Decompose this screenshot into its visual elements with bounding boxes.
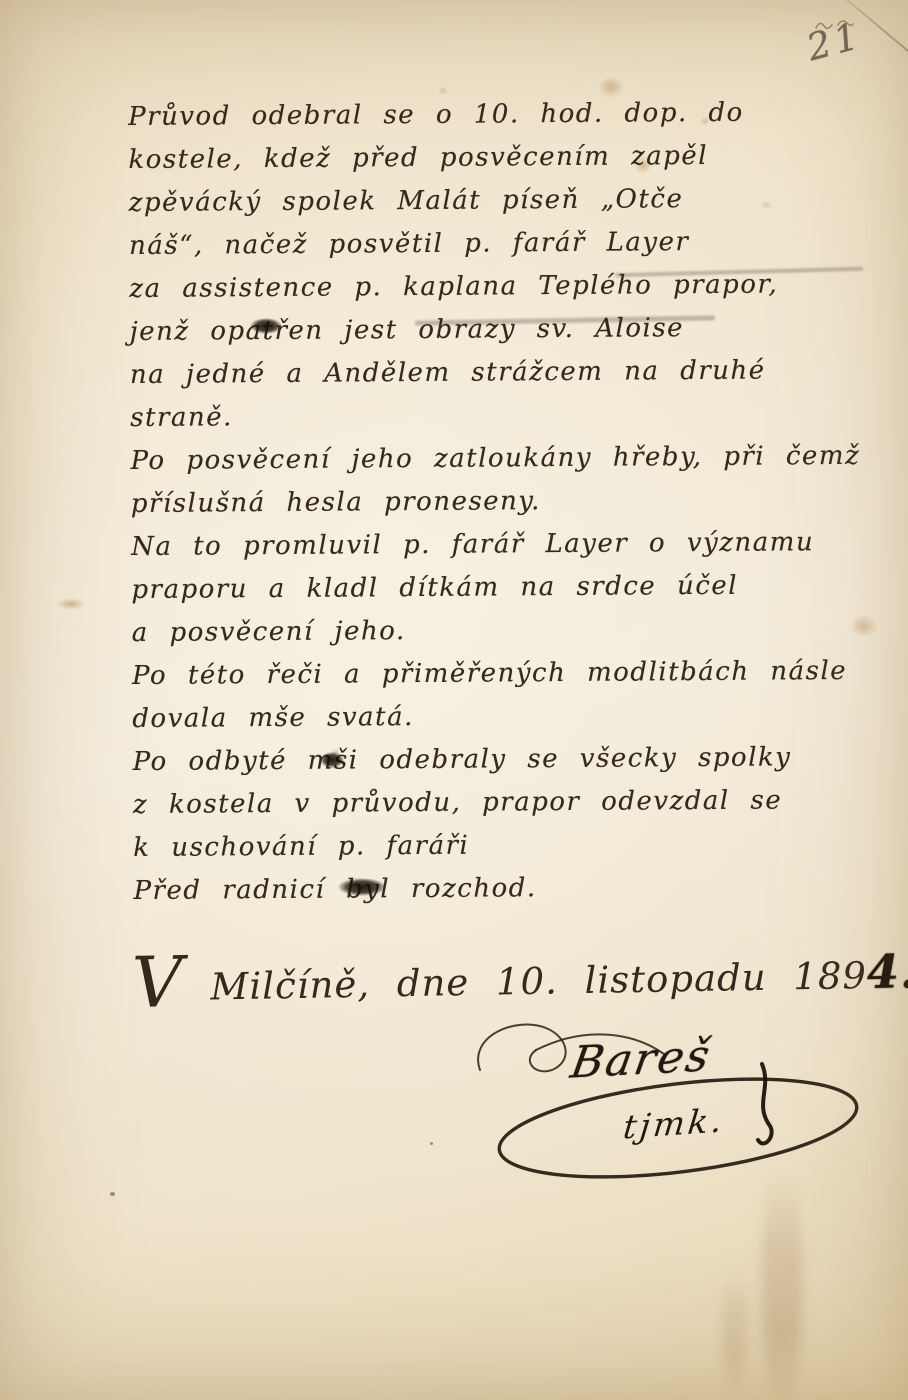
paper-speck bbox=[110, 1192, 115, 1196]
manuscript-line: z kostela v průvodu, prapor odevzdal se bbox=[133, 779, 905, 827]
dateline-text: Milčíně, dne 10. listopadu 189 bbox=[183, 954, 867, 1009]
manuscript-line: Po posvěcení jeho zatloukány hřeby, při … bbox=[130, 435, 902, 483]
manuscript-line: za assistence p. kaplana Teplého prapor, bbox=[129, 263, 901, 311]
manuscript-line: jenž opatřen jest obrazy sv. Aloise bbox=[130, 306, 902, 354]
signature-block: Bareš tjmk. bbox=[468, 1012, 878, 1192]
manuscript-line: Průvod odebral se o 10. hod. dop. do bbox=[128, 91, 900, 139]
manuscript-line: a posvěcení jeho. bbox=[132, 607, 904, 655]
manuscript-line: příslušná hesla proneseny. bbox=[131, 478, 903, 526]
manuscript-line: Na to promluvil p. farář Layer o významu bbox=[131, 521, 903, 569]
page-number: 21 bbox=[802, 14, 866, 70]
manuscript-line: k uschování p. faráři bbox=[133, 822, 905, 870]
dateline-initial: V bbox=[131, 941, 184, 1024]
manuscript-line: zpěvácký spolek Malát píseň „Otče bbox=[129, 177, 901, 225]
water-stain bbox=[722, 1270, 748, 1390]
manuscript-text: Průvod odebral se o 10. hod. dop. do kos… bbox=[128, 91, 906, 913]
manuscript-line: Před radnicí byl rozchod. bbox=[133, 865, 905, 913]
manuscript-line: kostele, kdež před posvěcením zapěl bbox=[128, 134, 900, 182]
manuscript-line: Po této řeči a přiměřených modlitbách ná… bbox=[132, 650, 904, 698]
signature-title: tjmk. bbox=[621, 1101, 726, 1147]
signature-name: Bareš bbox=[567, 1030, 715, 1088]
water-stain bbox=[762, 1170, 802, 1400]
manuscript-line: náš“, načež posvětil p. farář Layer bbox=[129, 220, 901, 268]
manuscript-line: Po odbyté mši odebraly se všecky spolky bbox=[133, 736, 905, 784]
dateline-overwritten-digit: 4. bbox=[866, 944, 908, 999]
manuscript-page: 21 Průvod odebral se o 10. hod. dop. do … bbox=[0, 0, 908, 1400]
foxing-stain bbox=[56, 598, 86, 610]
manuscript-line: straně. bbox=[130, 392, 902, 440]
manuscript-line: praporu a kladl dítkám na srdce účel bbox=[131, 564, 903, 612]
manuscript-line: dovala mše svatá. bbox=[132, 693, 904, 741]
manuscript-line: na jedné a Andělem strážcem na druhé bbox=[130, 349, 902, 397]
paper-speck bbox=[430, 1142, 433, 1145]
